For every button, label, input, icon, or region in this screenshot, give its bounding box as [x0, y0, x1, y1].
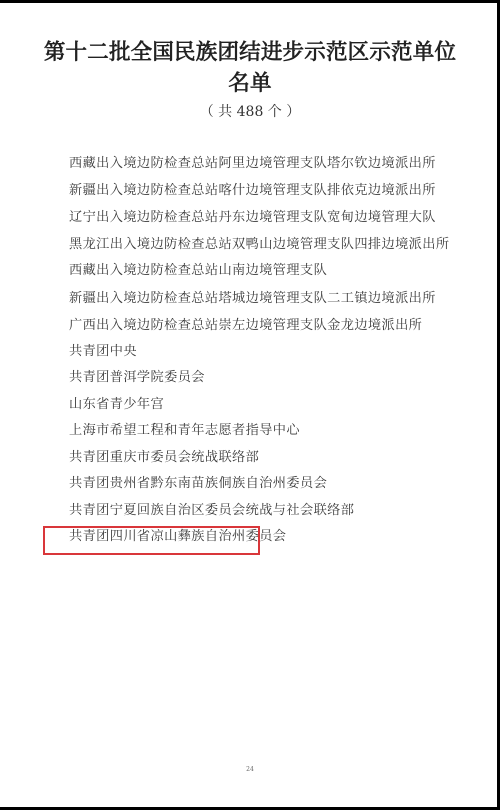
list-item: 辽宁出入境边防检查总站丹东边境管理支队宽甸边境管理大队	[41, 204, 451, 231]
unit-list: 西藏出入境边防检查总站阿里边境管理支队塔尔钦边境派出所 新疆出入境边防检查总站喀…	[41, 150, 451, 551]
list-item: 共青团重庆市委员会统战联络部	[41, 445, 451, 472]
list-item: 上海市希望工程和青年志愿者指导中心	[41, 418, 451, 445]
list-item: 新疆出入境边防检查总站塔城边境管理支队二工镇边境派出所	[41, 285, 451, 312]
page-number: 24	[0, 766, 500, 773]
title-line-1: 第十二批全国民族团结进步示范区示范单位	[0, 37, 500, 68]
list-item: 共青团中央	[41, 339, 451, 366]
list-item: 共青团宁夏回族自治区委员会统战与社会联络部	[41, 498, 451, 525]
list-item: 西藏出入境边防检查总站山南边境管理支队	[41, 258, 451, 285]
list-item: 共青团四川省凉山彝族自治州委员会	[41, 524, 451, 551]
list-item: 黑龙江出入境边防检查总站双鸭山边境管理支队四排边境派出所	[41, 231, 451, 258]
list-item-highlighted: 共青团普洱学院委员会	[41, 365, 451, 392]
document-title: 第十二批全国民族团结进步示范区示范单位 名单	[0, 37, 500, 99]
list-item: 新疆出入境边防检查总站喀什边境管理支队排依克边境派出所	[41, 177, 451, 204]
document-subtitle: （ 共 488 个 ）	[0, 101, 500, 121]
title-line-2: 名单	[0, 68, 500, 99]
list-item: 山东省青少年宫	[41, 392, 451, 419]
list-item: 广西出入境边防检查总站崇左边境管理支队金龙边境派出所	[41, 312, 451, 339]
list-item: 西藏出入境边防检查总站阿里边境管理支队塔尔钦边境派出所	[41, 150, 451, 177]
list-item: 共青团贵州省黔东南苗族侗族自治州委员会	[41, 471, 451, 498]
